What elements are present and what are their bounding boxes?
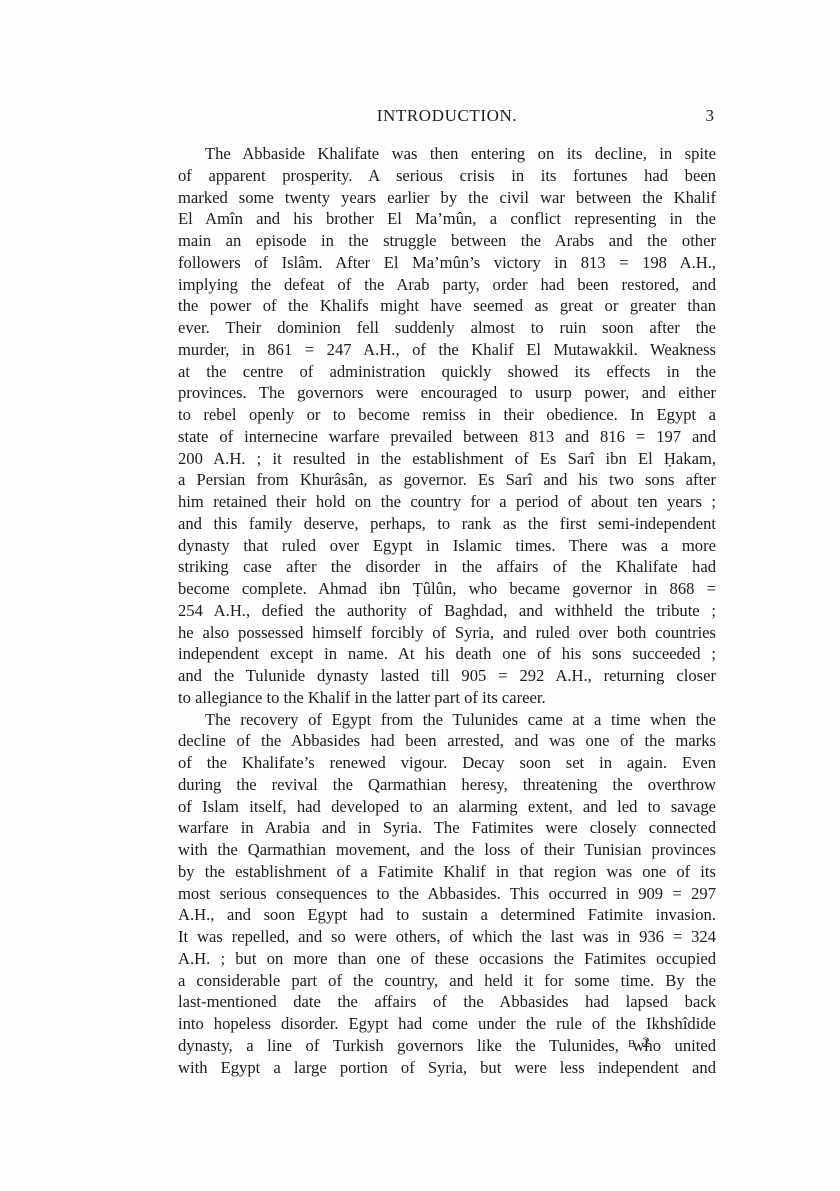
text-line: by the establishment of a Fatimite Khali… — [178, 861, 716, 883]
page-number: 3 — [706, 106, 715, 126]
text-line: with the Qarmathian movement, and the lo… — [178, 839, 716, 861]
text-line: A.H., and soon Egypt had to sustain a de… — [178, 904, 716, 926]
text-line: implying the defeat of the Arab party, o… — [178, 274, 716, 296]
text-line: main an episode in the struggle between … — [178, 230, 716, 252]
body-text: The Abbaside Khalifate was then entering… — [178, 143, 716, 1078]
text-line: during the revival the Qarmathian heresy… — [178, 774, 716, 796]
text-line: the power of the Khalifs might have seem… — [178, 295, 716, 317]
text-line: marked some twenty years earlier by the … — [178, 187, 716, 209]
text-line: at the centre of administration quickly … — [178, 361, 716, 383]
text-line: state of internecine warfare prevailed b… — [178, 426, 716, 448]
text-line: last-mentioned date the affairs of the A… — [178, 991, 716, 1013]
text-line: 254 A.H., defied the authority of Baghda… — [178, 600, 716, 622]
running-title: INTRODUCTION. — [178, 106, 716, 126]
text-line: to rebel openly or to become remiss in t… — [178, 404, 716, 426]
text-line: into hopeless disorder. Egypt had come u… — [178, 1013, 716, 1035]
text-line: 200 A.H. ; it resulted in the establishm… — [178, 448, 716, 470]
text-line: A.H. ; but on more than one of these occ… — [178, 948, 716, 970]
text-line: a considerable part of the country, and … — [178, 970, 716, 992]
text-line: decline of the Abbasides had been arrest… — [178, 730, 716, 752]
text-line: dynasty that ruled over Egypt in Islamic… — [178, 535, 716, 557]
text-line: El Amîn and his brother El Ma’mûn, a con… — [178, 208, 716, 230]
text-line: of Islam itself, had developed to an ala… — [178, 796, 716, 818]
text-line: ever. Their dominion fell suddenly almos… — [178, 317, 716, 339]
paragraph-2: The recovery of Egypt from the Tulunides… — [178, 709, 716, 1079]
text-line: independent except in name. At his death… — [178, 643, 716, 665]
signature-letter: B — [628, 1038, 636, 1050]
paragraph-1: The Abbaside Khalifate was then entering… — [178, 143, 716, 709]
book-page: INTRODUCTION. 3 The Abbaside Khalifate w… — [0, 0, 840, 1191]
signature-number: 2 — [642, 1035, 651, 1051]
text-line: of the Khalifate’s renewed vigour. Decay… — [178, 752, 716, 774]
text-line: provinces. The governors were encouraged… — [178, 382, 716, 404]
text-line: a Persian from Khurâsân, as governor. Es… — [178, 469, 716, 491]
text-line: It was repelled, and so were others, of … — [178, 926, 716, 948]
text-line: to allegiance to the Khalif in the latte… — [178, 687, 716, 709]
printer-signature: B2 — [628, 1035, 651, 1052]
text-line: The Abbaside Khalifate was then entering… — [178, 143, 716, 165]
text-line: warfare in Arabia and in Syria. The Fati… — [178, 817, 716, 839]
text-line: become complete. Ahmad ibn Ṭûlûn, who be… — [178, 578, 716, 600]
text-line: and this family deserve, perhaps, to ran… — [178, 513, 716, 535]
text-line: him retained their hold on the country f… — [178, 491, 716, 513]
text-line: with Egypt a large portion of Syria, but… — [178, 1057, 716, 1079]
text-line: and the Tulunide dynasty lasted till 905… — [178, 665, 716, 687]
text-line: murder, in 861 = 247 A.H., of the Khalif… — [178, 339, 716, 361]
running-head: INTRODUCTION. 3 — [178, 104, 716, 128]
text-line: The recovery of Egypt from the Tulunides… — [178, 709, 716, 731]
text-line: striking case after the disorder in the … — [178, 556, 716, 578]
text-line: followers of Islâm. After El Ma’mûn’s vi… — [178, 252, 716, 274]
text-line: he also possessed himself forcibly of Sy… — [178, 622, 716, 644]
text-line: of apparent prosperity. A serious crisis… — [178, 165, 716, 187]
text-line: most serious consequences to the Abbasid… — [178, 883, 716, 905]
